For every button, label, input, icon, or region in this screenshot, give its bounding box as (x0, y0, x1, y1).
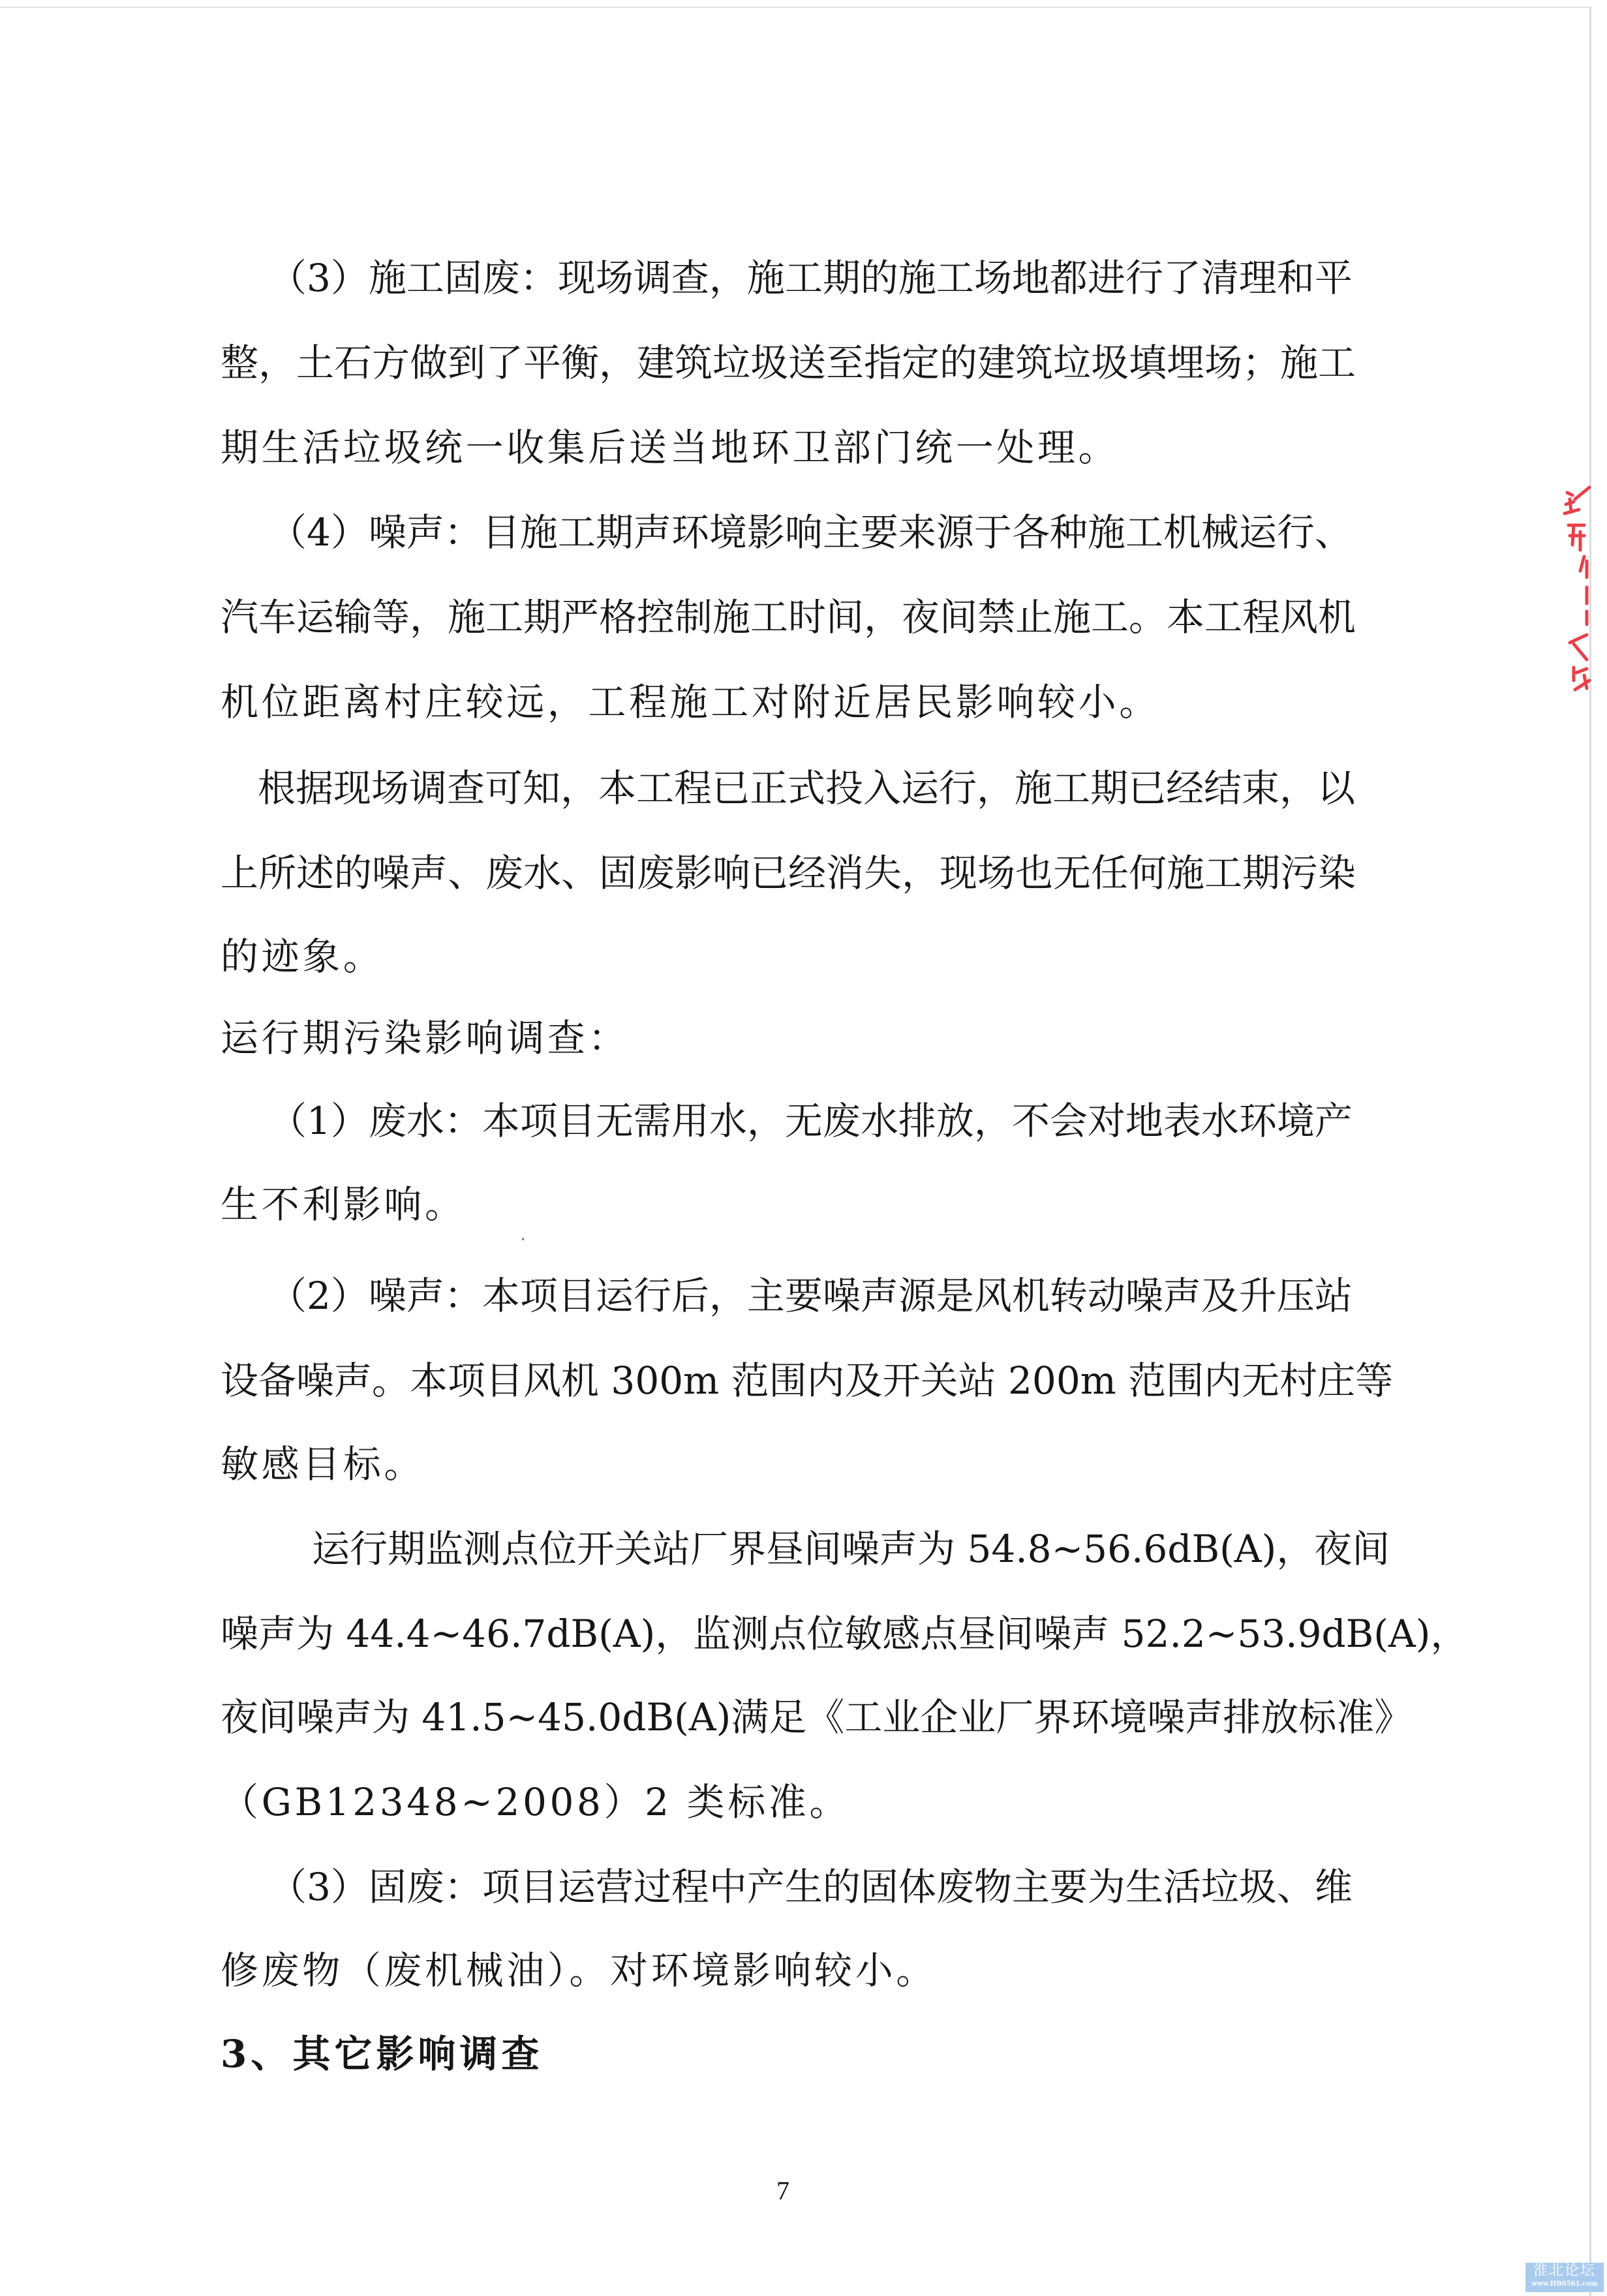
red-seal-stamp-partial (1561, 473, 1592, 698)
seal-icon (1561, 473, 1592, 698)
operation-noise-line-3: 敏感目标。 (221, 1438, 425, 1490)
watermark-title: 淮北论坛 (1525, 2263, 1604, 2280)
operation-solid-waste-line-2: 修废物（废机械油）。对环境影响较小。 (221, 1944, 937, 1997)
section-heading-other-impacts: 3、其它影响调查 (221, 2028, 543, 2080)
monitoring-line-3: 夜间噪声为 41.5~45.0dB(A)满足《工业企业厂界环境噪声排放标准》 (221, 1691, 1338, 1743)
operation-period-title: 运行期污染影响调查： (221, 1012, 629, 1064)
scan-right-edge-line (1589, 7, 1591, 2296)
operation-noise-line-2: 设备噪声。本项目风机 300m 范围内及开关站 200m 范围内无村庄等 (221, 1355, 1338, 1407)
construction-noise-line-1: （4）噪声：目施工期声环境影响主要来源于各种施工机械运行、 (269, 506, 1338, 559)
construction-conclusion-line-2: 上所述的噪声、废水、固废影响已经消失，现场也无任何施工期污染 (221, 847, 1338, 899)
monitoring-line-4: （GB12348~2008）2 类标准。 (221, 1776, 850, 1828)
operation-wastewater-line-2: 生不利影响。 (221, 1178, 466, 1231)
watermark-url: www.HB0561.com (1525, 2280, 1604, 2289)
monitoring-line-2: 噪声为 44.4~46.7dB(A)，监测点位敏感点昼间噪声 52.2~53.9… (221, 1608, 1338, 1660)
forum-watermark: 淮北论坛 www.HB0561.com (1525, 2263, 1604, 2292)
monitoring-line-1: 运行期监测点位开关站厂界昼间噪声为 54.8~56.6dB(A)，夜间 (312, 1523, 1338, 1575)
construction-solid-waste-line-1: （3）施工固废：现场调查，施工期的施工场地都进行了清理和平 (269, 252, 1338, 304)
construction-conclusion-line-3: 的迹象。 (221, 930, 384, 983)
operation-solid-waste-line-1: （3）固废：项目运营过程中产生的固体废物主要为生活垃圾、维 (269, 1861, 1338, 1913)
construction-conclusion-line-1: 根据现场调查可知，本工程已正式投入运行，施工期已经结束，以 (258, 762, 1338, 814)
operation-noise-line-1: （2）噪声：本项目运行后，主要噪声源是风机转动噪声及升压站 (269, 1270, 1338, 1322)
page-number: 7 (776, 2177, 789, 2205)
scan-speck (522, 1238, 524, 1240)
construction-solid-waste-line-3: 期生活垃圾统一收集后送当地环卫部门统一处理。 (221, 421, 1119, 474)
operation-wastewater-line-1: （1）废水：本项目无需用水，无废水排放，不会对地表水环境产 (269, 1095, 1313, 1147)
construction-noise-line-3: 机位距离村庄较远，工程施工对附近居民影响较小。 (221, 676, 1160, 728)
construction-noise-line-2: 汽车运输等，施工期严格控制施工时间，夜间禁止施工。本工程风机 (221, 591, 1338, 643)
construction-solid-waste-line-2: 整，土石方做到了平衡，建筑垃圾送至指定的建筑垃圾填埋场；施工 (221, 337, 1338, 389)
scan-top-edge-line (0, 7, 1590, 8)
